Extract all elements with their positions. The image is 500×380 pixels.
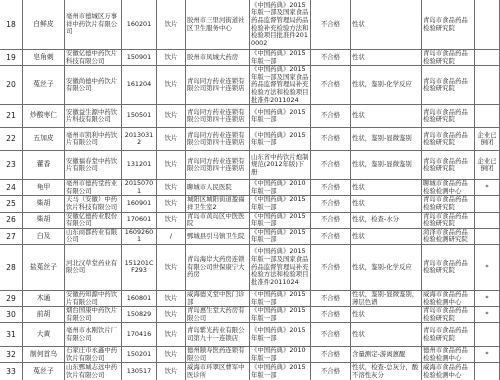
cell-standard: 山东省中药饮片炮制规范(2012年版)下册 [250,151,311,180]
table-row: 27白及山东商都药业有限公司16092601/鄄城县引马镇卫生院《中国药典》20… [0,228,500,244]
cell-note [475,105,500,128]
cell-source: 鄄城县引马镇卫生院 [186,228,250,244]
cell-no: 18 [0,0,23,50]
cell-type: 饮片 [157,244,186,290]
cell-result: 不合格 [311,50,351,66]
table-row: 24龟甲亳州市德药堂药业有限公司20150701饮片聊城市人民医院《中国药典》2… [0,180,500,196]
cell-item: 性状，鉴别-显微鉴别 [351,151,422,180]
cell-item: 性状 [351,50,422,66]
cell-name: 皂角刺 [23,50,65,66]
cell-company: 天马（安徽）中药饮片科技有限公司 [65,196,122,212]
table-row: 28盐菟丝子河北汉草堂药业有限公司151201CF293饮片青岛海岸大药房连锁有… [0,244,500,290]
cell-standard: 《中国药典》2010年版一部 [250,180,311,196]
cell-batch: 170416 [122,323,157,347]
cell-institute: 菏泽市食品药品检验检测研究院 [422,228,475,244]
cell-source: 青岛同方药业连锁有限公司第四十连锁店 [186,151,250,180]
cell-type: 饮片 [157,363,186,380]
cell-no: 20 [0,66,23,105]
cell-type: 饮片 [157,105,186,128]
table-row: 26柴胡安徽亿德药业股份有限公司170601饮片青岛市黄岛区中医医院《中国药典》… [0,212,500,228]
cell-institute: 青岛市食品药品检验研究院 [422,212,475,228]
cell-standard: 《中国药典》2015年版一部 [250,307,311,323]
cell-standard: 《中国药典》2015年版一部 [250,128,311,151]
cell-result: 不合格 [311,151,351,180]
cell-no: 29 [0,290,23,306]
cell-source: 胶州市凤城大药房 [186,50,250,66]
cell-batch: 170601 [122,212,157,228]
cell-no: 25 [0,196,23,212]
cell-no: 32 [0,347,23,363]
cell-batch: 150829 [122,307,157,323]
cell-institute: 青岛市食品药品检验研究院 [422,66,475,105]
cell-type: 饮片 [157,290,186,306]
cell-result: 不合格 [311,244,351,290]
cell-company: 河北汉草堂药业有限公司 [65,244,122,290]
cell-no: 19 [0,50,23,66]
cell-institute: 青岛市食品药品检验研究院 [422,50,475,66]
cell-no: 30 [0,307,23,323]
cell-source: 青岛同方药业连锁有限公司第四十连锁店 [186,66,250,105]
cell-source: 威海市环翠区曹军中医诊所 [186,363,250,380]
cell-company: 烟台国康中药饮片有限公司 [65,307,122,323]
cell-item: 性状，鉴别-化学反应 [351,244,422,290]
cell-institute: 青岛市食品药品检验研究院 [422,105,475,128]
cell-source: 青岛紫光药业有限公司第九十一连锁店 [186,323,250,347]
cell-result: 不合格 [311,363,351,380]
table-row: 20菟丝子安徽尚德中药饮片有限公司161204饮片青岛同方药业连锁有限公司第四十… [0,66,500,105]
cell-item: 性状 [351,196,422,212]
cell-note [475,363,500,380]
cell-company: 安徽福春堂中药饮片有限公司 [65,151,122,180]
cell-institute: 青岛市食品药品检验研究院 [422,151,475,180]
cell-result: 不合格 [311,0,351,50]
cell-institute: 青岛市食品药品检验研究院 [422,196,475,212]
cell-note [475,323,500,347]
cell-batch: 160201 [122,0,157,50]
cell-item: 性状 [351,0,422,50]
cell-source: 聊城市人民医院 [186,180,250,196]
cell-institute: 威海市食品药品检验检测中心 [422,363,475,380]
cell-batch: 150201 [122,347,157,363]
cell-type: 饮片 [157,323,186,347]
cell-type: 饮片 [157,50,186,66]
cell-item: 性状，鉴别-显微鉴别 [351,128,422,151]
cell-name: 龟甲 [23,180,65,196]
cell-item: 性状，检查-总灰分，酸不溶性灰分 [351,363,422,380]
cell-company: 安徽益生源中药饮片科技有限公司 [65,105,122,128]
cell-no: 21 [0,105,23,128]
cell-institute: 威海市食品药品检验检测中心 [422,290,475,306]
cell-batch: 16092601 [122,228,157,244]
cell-name: 制何首乌 [23,347,65,363]
cell-institute: 青岛市食品药品检验研究院 [422,323,475,347]
cell-type: 饮片 [157,212,186,228]
cell-source: 青岛同方药业连锁有限公司第四十连锁店 [186,105,250,128]
cell-batch: 130517 [122,363,157,380]
cell-batch: 20130312 [122,128,157,151]
cell-result: 不合格 [311,180,351,196]
cell-name: 五加皮 [23,128,65,151]
cell-item: 性状，鉴别-化学反应 [351,66,422,105]
cell-type: 饮片 [157,66,186,105]
cell-name: 炒酸枣仁 [23,105,65,128]
inspection-results-table: 18白鲜皮亳州市德城区万事祥中药饮片有限公司160201饮片胶州市三里河街道社区… [0,0,500,380]
table-row: 19皂角刺安徽亿德中药饮片科技有限公司150901饮片胶州市凤城大药房《中国药典… [0,50,500,66]
cell-result: 不合格 [311,105,351,128]
cell-note: * [475,244,500,290]
cell-name: 白鲜皮 [23,0,65,50]
cell-standard: 《中国药典》2015年版一部及国家食品药品监督管理局补充检验方法和检验项目批准件… [250,66,311,105]
cell-standard: 《中国药典》2015年版一部 [250,196,311,212]
cell-item: 性状 [351,323,422,347]
cell-note: * [475,290,500,306]
table-row: 32制何首乌石家庄市永鑫中药饮片有限公司150201饮片德州颐寿医药连锁有限公司… [0,347,500,363]
table-row: 21炒酸枣仁安徽益生源中药饮片科技有限公司150501饮片青岛同方药业连锁有限公… [0,105,500,128]
cell-standard: 《中国药典》2015年版一部 [250,228,311,244]
cell-result: 不合格 [311,128,351,151]
cell-type: 饮片 [157,347,186,363]
cell-batch: 20150701 [122,180,157,196]
cell-source: 青岛惠生堂大药房有限公司 [186,307,250,323]
cell-type: 饮片 [157,307,186,323]
cell-no: 28 [0,244,23,290]
cell-note [475,66,500,105]
cell-type: / [157,228,186,244]
cell-standard: 《中国药典》2010年版一部 [250,347,311,363]
cell-source: 德州颐寿医药连锁有限公司 [186,347,250,363]
cell-source: 青岛同方药业连锁有限公司第四十连锁店 [186,128,250,151]
cell-no: 27 [0,228,23,244]
cell-no: 24 [0,180,23,196]
cell-batch: 160801 [122,290,157,306]
cell-batch: 151201CF293 [122,244,157,290]
cell-note [475,196,500,212]
cell-name: 大黄 [23,323,65,347]
cell-batch: 150501 [122,105,157,128]
cell-company: 亳州市德城区万事祥中药饮片有限公司 [65,0,122,50]
cell-company: 石家庄市永鑫中药饮片有限公司 [65,347,122,363]
table-row: 25柴胡天马（安徽）中药饮片科技有限公司160901饮片城阳区城阳街道盈福祥卫生… [0,196,500,212]
cell-note: 企业已倒闭 [475,151,500,180]
cell-institute: 德州市食品药品检验检测中心 [422,347,475,363]
cell-source: 青岛海岸大药房连锁有限公司世保康宁大药房 [186,244,250,290]
cell-result: 不合格 [311,212,351,228]
cell-note [475,212,500,228]
cell-type: 饮片 [157,128,186,151]
cell-name: 菟丝子 [23,363,65,380]
cell-result: 不合格 [311,307,351,323]
cell-batch: 160901 [122,196,157,212]
table-row: 18白鲜皮亳州市德城区万事祥中药饮片有限公司160201饮片胶州市三里河街道社区… [0,0,500,50]
cell-note [475,50,500,66]
cell-institute: 青岛市食品药品检验研究院 [422,128,475,151]
cell-company: 安徽亿德药业股份有限公司 [65,212,122,228]
table-body: 18白鲜皮亳州市德城区万事祥中药饮片有限公司160201饮片胶州市三里河街道社区… [0,0,500,380]
cell-company: 亳州市德药堂药业有限公司 [65,180,122,196]
cell-standard: 《中国药典》2015年版一部及国家食品药品监督管理局补充检验方法和检验项目批准件… [250,244,311,290]
cell-type: 饮片 [157,180,186,196]
table-row: 31大黄亳州市永刚饮片厂有限公司170416饮片青岛紫光药业有限公司第九十一连锁… [0,323,500,347]
table-row: 23藿香安徽福春堂中药饮片有限公司131201饮片青岛同方药业连锁有限公司第四十… [0,151,500,180]
cell-institute: 聊城市食品药品检验检测中心 [422,180,475,196]
cell-note: * [475,180,500,196]
cell-name: 藿香 [23,151,65,180]
cell-item: 性状，鉴别-显微鉴别，薄层色谱 [351,290,422,306]
cell-item: 性状 [351,180,422,196]
cell-result: 不合格 [311,290,351,306]
cell-batch: 161204 [122,66,157,105]
cell-note [475,228,500,244]
cell-item: 性状 [351,228,422,244]
cell-company: 安徽尚德中药饮片有限公司 [65,66,122,105]
cell-no: 33 [0,363,23,380]
cell-standard: 《中国药典》2015年版一部及国家食品药品监督管理局药品检验补充检验方法和检验项… [250,0,311,50]
cell-result: 不合格 [311,347,351,363]
cell-company: 山东鄄城志远中药饮片有限公司 [65,363,122,380]
cell-standard: 《中国药典》2015年版一部 [250,50,311,66]
cell-source: 威海德义堂中医门诊部 [186,290,250,306]
cell-company: 山东商都药业有限公司 [65,228,122,244]
cell-name: 盐菟丝子 [23,244,65,290]
cell-institute: 青岛市食品药品检验研究院 [422,307,475,323]
cell-standard: 《中国药典》2015年版一部 [250,105,311,128]
cell-source: 城阳区城阳街道盈福祥卫生室2 [186,196,250,212]
cell-type: 饮片 [157,196,186,212]
cell-no: 26 [0,212,23,228]
cell-source: 胶州市三里河街道社区卫生服务中心 [186,0,250,50]
cell-standard: 《中国药典》2015年版一部 [250,323,311,347]
cell-standard: 《中国药典》2015年版一部 [250,290,311,306]
cell-result: 不合格 [311,228,351,244]
cell-name: 菟丝子 [23,66,65,105]
cell-item: 性状 [351,307,422,323]
cell-no: 31 [0,323,23,347]
cell-item: 性状 [351,105,422,128]
cell-result: 不合格 [311,196,351,212]
cell-note [475,0,500,50]
cell-company: 亳州市永刚饮片厂有限公司 [65,323,122,347]
cell-result: 不合格 [311,66,351,105]
cell-institute: 青岛市食品药品检验研究院 [422,0,475,50]
cell-institute: 青岛市食品药品检验研究院 [422,244,475,290]
cell-standard: 《中国药典》2015年版一部 [250,363,311,380]
table-row: 30前胡烟台国康中药饮片有限公司150829饮片青岛惠生堂大药房有限公司《中国药… [0,307,500,323]
cell-name: 白及 [23,228,65,244]
table-row: 29木通安徽药知源中药饮片有限公司160801饮片威海德义堂中医门诊部《中国药典… [0,290,500,306]
cell-note: * [475,307,500,323]
cell-standard: 《中国药典》2015年版一部 [250,212,311,228]
cell-company: 安徽药知源中药饮片有限公司 [65,290,122,306]
cell-result: 不合格 [311,323,351,347]
cell-type: 饮片 [157,151,186,180]
cell-source: 青岛市黄岛区中医医院 [186,212,250,228]
cell-name: 前胡 [23,307,65,323]
cell-type: 饮片 [157,0,186,50]
table-row: 22五加皮亳州市凯利中药饮片有限公司20130312饮片青岛同方药业连锁有限公司… [0,128,500,151]
cell-item: 含量测定-游离蒽醌 [351,347,422,363]
cell-item: 性状，检查-水分 [351,212,422,228]
cell-company: 亳州市凯利中药饮片有限公司 [65,128,122,151]
table-row: 33菟丝子山东鄄城志远中药饮片有限公司130517饮片威海市环翠区曹军中医诊所《… [0,363,500,380]
cell-note: * [475,347,500,363]
cell-batch: 131201 [122,151,157,180]
cell-batch: 150901 [122,50,157,66]
cell-no: 22 [0,128,23,151]
cell-name: 柴胡 [23,212,65,228]
cell-name: 柴胡 [23,196,65,212]
cell-no: 23 [0,151,23,180]
cell-note: 企业已倒闭 [475,128,500,151]
cell-name: 木通 [23,290,65,306]
cell-company: 安徽亿德中药饮片科技有限公司 [65,50,122,66]
